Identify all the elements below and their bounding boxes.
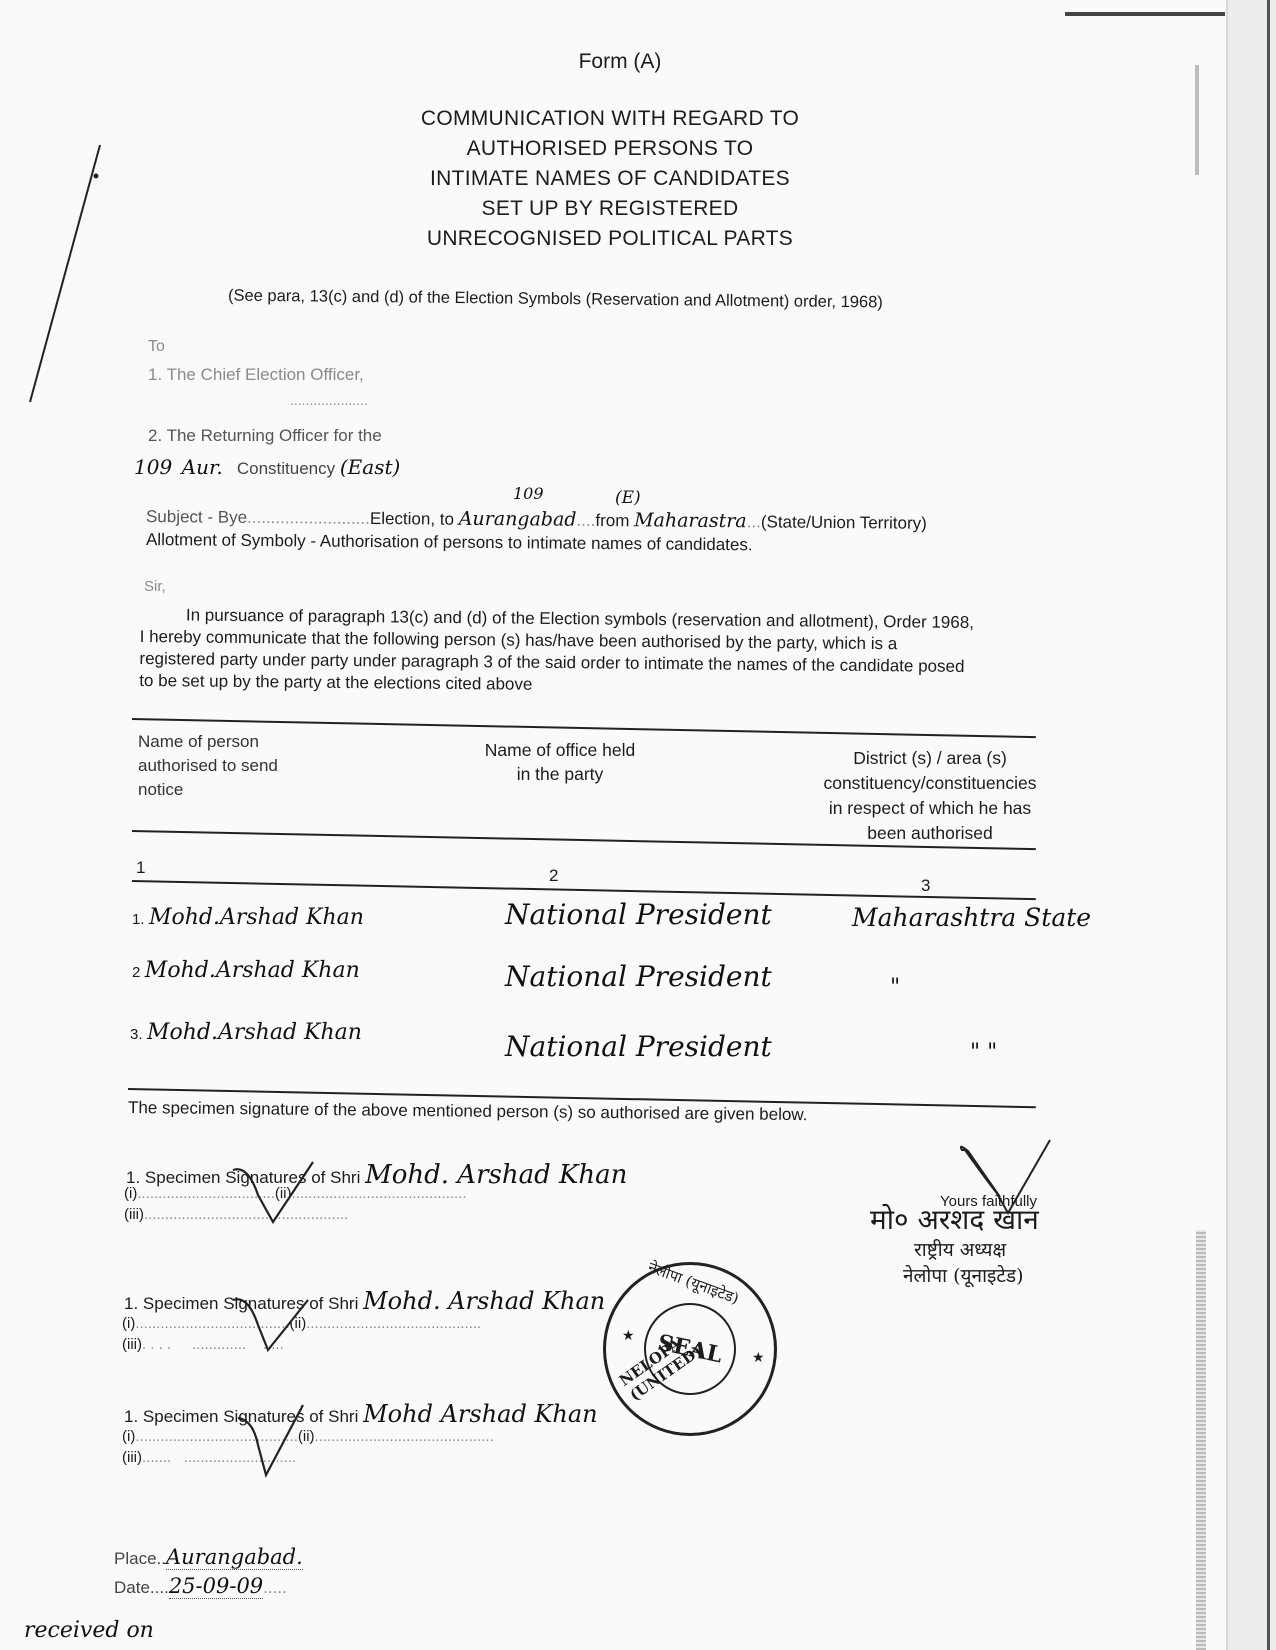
- specimen-entry: 1. Specimen Signatures of Shri Mohd. Ars…: [124, 1287, 605, 1315]
- addressee-dots: ....................: [290, 392, 368, 408]
- body-paragraph: In pursuance of paragraph 13(c) and (d) …: [139, 604, 974, 700]
- place-field: Place..Aurangabad.: [114, 1545, 303, 1570]
- subject-line: Subject - Bye..........................E…: [146, 505, 927, 534]
- column-number-2: 2: [549, 866, 558, 886]
- subject-label: Subject - Bye: [146, 507, 247, 527]
- initial-checkmark-icon: [228, 1290, 318, 1360]
- row-person-name: Mohd.Arshad Khan: [149, 905, 364, 930]
- scan-artifact: [1065, 12, 1225, 16]
- scan-artifact: [1196, 1230, 1206, 1650]
- row-area: " ": [970, 1040, 997, 1065]
- reference-note: (See para, 13(c) and (d) of the Election…: [228, 287, 883, 313]
- header-line: notice: [138, 778, 278, 802]
- to-label: To: [148, 338, 165, 356]
- table-row: 2 Mohd.Arshad Khan: [132, 958, 360, 983]
- election-place: Aurangabad: [459, 508, 577, 531]
- specimen-entry: 1. Specimen Signatures of Shri Mohd Arsh…: [124, 1400, 598, 1428]
- column-number-3: 3: [921, 876, 930, 896]
- scan-edge: [1226, 0, 1276, 1650]
- date-field: Date....25-09-09.....: [114, 1574, 287, 1599]
- row-office: National President: [505, 1030, 772, 1063]
- header-line: constituency/constituencies: [790, 771, 1070, 796]
- constituency-name: Aur.: [182, 455, 223, 479]
- initial-checkmark-icon: [228, 1400, 318, 1480]
- table-row: 3. Mohd.Arshad Khan: [130, 1020, 362, 1045]
- state-suffix: (State/Union Territory): [761, 512, 927, 532]
- scan-artifact: [1195, 65, 1199, 175]
- from-label: from: [595, 511, 629, 530]
- line-iii: (iii): [122, 1336, 142, 1353]
- form-label: Form (A): [500, 50, 740, 74]
- row-person-name: Mohd.Arshad Khan: [147, 1020, 362, 1045]
- election-label: Election, to: [370, 509, 454, 529]
- title-line: UNRECOGNISED POLITICAL PARTS: [360, 224, 860, 254]
- header-line: authorised to send: [138, 754, 278, 778]
- table-header-office: Name of office held in the party: [445, 738, 675, 786]
- header-line: Name of person: [138, 730, 278, 754]
- header-line: Name of office held: [445, 738, 675, 762]
- hindi-party: नेलोपा (यूनाइटेड): [903, 1262, 1023, 1288]
- title-line: INTIMATE NAMES OF CANDIDATES: [360, 164, 860, 194]
- table-row: 1. Mohd.Arshad Khan: [132, 905, 364, 930]
- received-note: received on: [24, 1618, 154, 1643]
- row-area: Maharashtra State: [852, 903, 1091, 932]
- salutation: Sir,: [144, 578, 166, 595]
- constituency-label: Constituency: [237, 459, 335, 478]
- line-i: (i): [122, 1315, 135, 1332]
- place-value: Aurangabad.: [166, 1545, 303, 1570]
- row-area: ": [890, 975, 900, 1000]
- subject-line-2: Allotment of Symboly - Authorisation of …: [146, 530, 753, 555]
- row-person-name: Mohd.Arshad Khan: [145, 958, 360, 983]
- row-number: 2: [132, 964, 140, 981]
- constituency-suffix: (East): [340, 455, 400, 479]
- specimen-signature: Mohd Arshad Khan: [363, 1400, 598, 1428]
- place-label: Place..: [114, 1549, 166, 1568]
- header-line: been authorised: [790, 821, 1070, 846]
- document-page: Form (A) COMMUNICATION WITH REGARD TO AU…: [0, 0, 1226, 1650]
- constituency-line: 109 Aur. Constituency (East): [134, 455, 400, 479]
- header-line: District (s) / area (s): [790, 746, 1070, 771]
- state-value: Maharastra: [634, 509, 747, 532]
- title-line: COMMUNICATION WITH REGARD TO: [360, 104, 860, 134]
- star-icon: ★: [622, 1327, 635, 1344]
- hindi-name: मो० अरशद खान: [870, 1200, 1039, 1238]
- constituency-number: 109: [134, 455, 172, 479]
- line-i: (i): [124, 1185, 137, 1202]
- header-line: in the party: [445, 762, 675, 786]
- row-number: 3.: [130, 1026, 143, 1043]
- addressee-line-2: 2. The Returning Officer for the: [148, 426, 382, 446]
- election-place-suffix: (E): [615, 488, 641, 508]
- date-value: 25-09-09: [169, 1574, 263, 1599]
- title-line: AUTHORISED PERSONS TO: [360, 134, 860, 164]
- addressee-line-1: 1. The Chief Election Officer,: [148, 365, 364, 385]
- election-number: 109: [513, 484, 544, 503]
- line-iii: (iii): [124, 1206, 144, 1223]
- table-header-area: District (s) / area (s) constituency/con…: [790, 746, 1070, 846]
- specimen-signature: Mohd. Arshad Khan: [363, 1287, 605, 1315]
- hindi-title: राष्ट्रीय अध्यक्ष: [914, 1236, 1006, 1262]
- row-office: National President: [505, 960, 772, 993]
- header-line: in respect of which he has: [790, 796, 1070, 821]
- margin-pen-stroke: [20, 140, 110, 410]
- specimen-intro: The specimen signature of the above ment…: [128, 1098, 808, 1125]
- party-seal: SEAL नेलोपा (यूनाइटेड) NELOPA (UNITED) ★…: [603, 1262, 777, 1436]
- line-i: (i): [122, 1428, 135, 1445]
- row-office: National President: [505, 898, 772, 931]
- row-number: 1.: [132, 911, 145, 928]
- table-header-name: Name of person authorised to send notice: [138, 730, 278, 802]
- title-line: SET UP BY REGISTERED: [360, 194, 860, 224]
- date-label: Date....: [114, 1578, 169, 1597]
- line-iii: (iii): [122, 1449, 142, 1466]
- form-title: COMMUNICATION WITH REGARD TO AUTHORISED …: [360, 104, 860, 254]
- initial-checkmark-icon: [228, 1160, 318, 1230]
- star-icon: ★: [752, 1349, 765, 1366]
- column-number-1: 1: [136, 858, 145, 878]
